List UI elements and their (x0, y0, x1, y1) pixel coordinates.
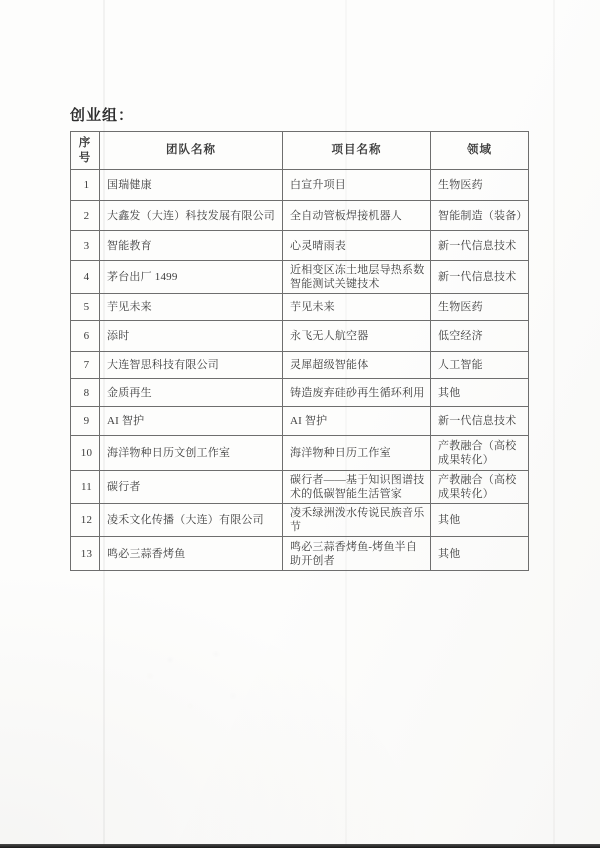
field-cell: 人工智能 (431, 352, 529, 379)
table-row: 12 凌禾文化传播（大连）有限公司 凌禾绿洲泼水传说民族音乐节 其他 (71, 504, 529, 537)
row-number-cell: 8 (71, 379, 100, 407)
team-name-cell: 智能教育 (100, 231, 283, 261)
project-name-cell: 鸣必三蒜香烤鱼-烤鱼半自助开创者 (283, 537, 431, 571)
table-row: 8 金质再生 铸造废弃硅砂再生循环利用 其他 (71, 379, 529, 407)
field-cell: 产教融合（高校成果转化） (431, 471, 529, 504)
team-name-cell: 大连智思科技有限公司 (100, 352, 283, 379)
field-cell: 新一代信息技术 (431, 261, 529, 294)
row-number-cell: 10 (71, 436, 100, 471)
team-name-cell: 大鑫发（大连）科技发展有限公司 (100, 201, 283, 231)
scan-bleedthrough-artifact (138, 648, 283, 720)
field-cell: 智能制造（装备） (431, 201, 529, 231)
row-number-cell: 3 (71, 231, 100, 261)
row-number-cell: 4 (71, 261, 100, 294)
team-name-cell: 金质再生 (100, 379, 283, 407)
row-number-cell: 2 (71, 201, 100, 231)
table-row: 13 鸣必三蒜香烤鱼 鸣必三蒜香烤鱼-烤鱼半自助开创者 其他 (71, 537, 529, 571)
team-name-cell: 凌禾文化传播（大连）有限公司 (100, 504, 283, 537)
section-title: 创业组： (70, 104, 134, 125)
project-name-cell: 灵犀超级智能体 (283, 352, 431, 379)
field-cell: 产教融合（高校成果转化） (431, 436, 529, 471)
table-row: 3 智能教育 心灵晴雨表 新一代信息技术 (71, 231, 529, 261)
team-name-cell: 国瑞健康 (100, 170, 283, 201)
scan-streak-artifact (553, 0, 555, 844)
row-number-cell: 1 (71, 170, 100, 201)
table-row: 11 碳行者 碳行者——基于知识图谱技术的低碳智能生活管家 产教融合（高校成果转… (71, 471, 529, 504)
table-row: 4 茅台出厂 1499 近相变区冻土地层导热系数智能测试关键技术 新一代信息技术 (71, 261, 529, 294)
table-row: 5 芋见未来 芋见未来 生物医药 (71, 294, 529, 321)
table-row: 9 AI 智护 AI 智护 新一代信息技术 (71, 407, 529, 436)
row-number-cell: 11 (71, 471, 100, 504)
table-header-row: 序号 团队名称 项目名称 领域 (71, 132, 529, 170)
scanned-document-page: 创业组： 序号 团队名称 项目名称 领域 1 国瑞健康 白宣升项目 生物医药 2… (0, 0, 600, 848)
header-project-name: 项目名称 (283, 132, 431, 170)
project-name-cell: 永飞无人航空器 (283, 321, 431, 352)
field-cell: 新一代信息技术 (431, 407, 529, 436)
project-name-cell: 全自动管板焊接机器人 (283, 201, 431, 231)
team-name-cell: 茅台出厂 1499 (100, 261, 283, 294)
project-name-cell: AI 智护 (283, 407, 431, 436)
table-body: 1 国瑞健康 白宣升项目 生物医药 2 大鑫发（大连）科技发展有限公司 全自动管… (71, 170, 529, 571)
row-number-cell: 7 (71, 352, 100, 379)
row-number-cell: 12 (71, 504, 100, 537)
row-number-cell: 5 (71, 294, 100, 321)
header-serial-number: 序号 (71, 132, 100, 170)
table-row: 7 大连智思科技有限公司 灵犀超级智能体 人工智能 (71, 352, 529, 379)
table-header: 序号 团队名称 项目名称 领域 (71, 132, 529, 170)
row-number-cell: 9 (71, 407, 100, 436)
field-cell: 低空经济 (431, 321, 529, 352)
header-team-name: 团队名称 (100, 132, 283, 170)
project-name-cell: 心灵晴雨表 (283, 231, 431, 261)
team-name-cell: 芋见未来 (100, 294, 283, 321)
project-name-cell: 碳行者——基于知识图谱技术的低碳智能生活管家 (283, 471, 431, 504)
project-name-cell: 凌禾绿洲泼水传说民族音乐节 (283, 504, 431, 537)
project-name-cell: 白宣升项目 (283, 170, 431, 201)
field-cell: 生物医药 (431, 294, 529, 321)
team-name-cell: 海洋物种日历文创工作室 (100, 436, 283, 471)
entrepreneurship-group-table: 序号 团队名称 项目名称 领域 1 国瑞健康 白宣升项目 生物医药 2 大鑫发（… (70, 131, 529, 571)
table-row: 6 添时 永飞无人航空器 低空经济 (71, 321, 529, 352)
project-name-cell: 海洋物种日历工作室 (283, 436, 431, 471)
row-number-cell: 13 (71, 537, 100, 571)
project-name-cell: 芋见未来 (283, 294, 431, 321)
team-name-cell: 鸣必三蒜香烤鱼 (100, 537, 283, 571)
field-cell: 其他 (431, 537, 529, 571)
project-name-cell: 铸造废弃硅砂再生循环利用 (283, 379, 431, 407)
team-name-cell: AI 智护 (100, 407, 283, 436)
project-name-cell: 近相变区冻土地层导热系数智能测试关键技术 (283, 261, 431, 294)
header-field: 领域 (431, 132, 529, 170)
field-cell: 新一代信息技术 (431, 231, 529, 261)
team-name-cell: 碳行者 (100, 471, 283, 504)
field-cell: 其他 (431, 504, 529, 537)
row-number-cell: 6 (71, 321, 100, 352)
team-name-cell: 添时 (100, 321, 283, 352)
table-row: 1 国瑞健康 白宣升项目 生物医药 (71, 170, 529, 201)
field-cell: 其他 (431, 379, 529, 407)
table-row: 10 海洋物种日历文创工作室 海洋物种日历工作室 产教融合（高校成果转化） (71, 436, 529, 471)
scan-bottom-edge-artifact (0, 844, 600, 848)
field-cell: 生物医药 (431, 170, 529, 201)
table-row: 2 大鑫发（大连）科技发展有限公司 全自动管板焊接机器人 智能制造（装备） (71, 201, 529, 231)
